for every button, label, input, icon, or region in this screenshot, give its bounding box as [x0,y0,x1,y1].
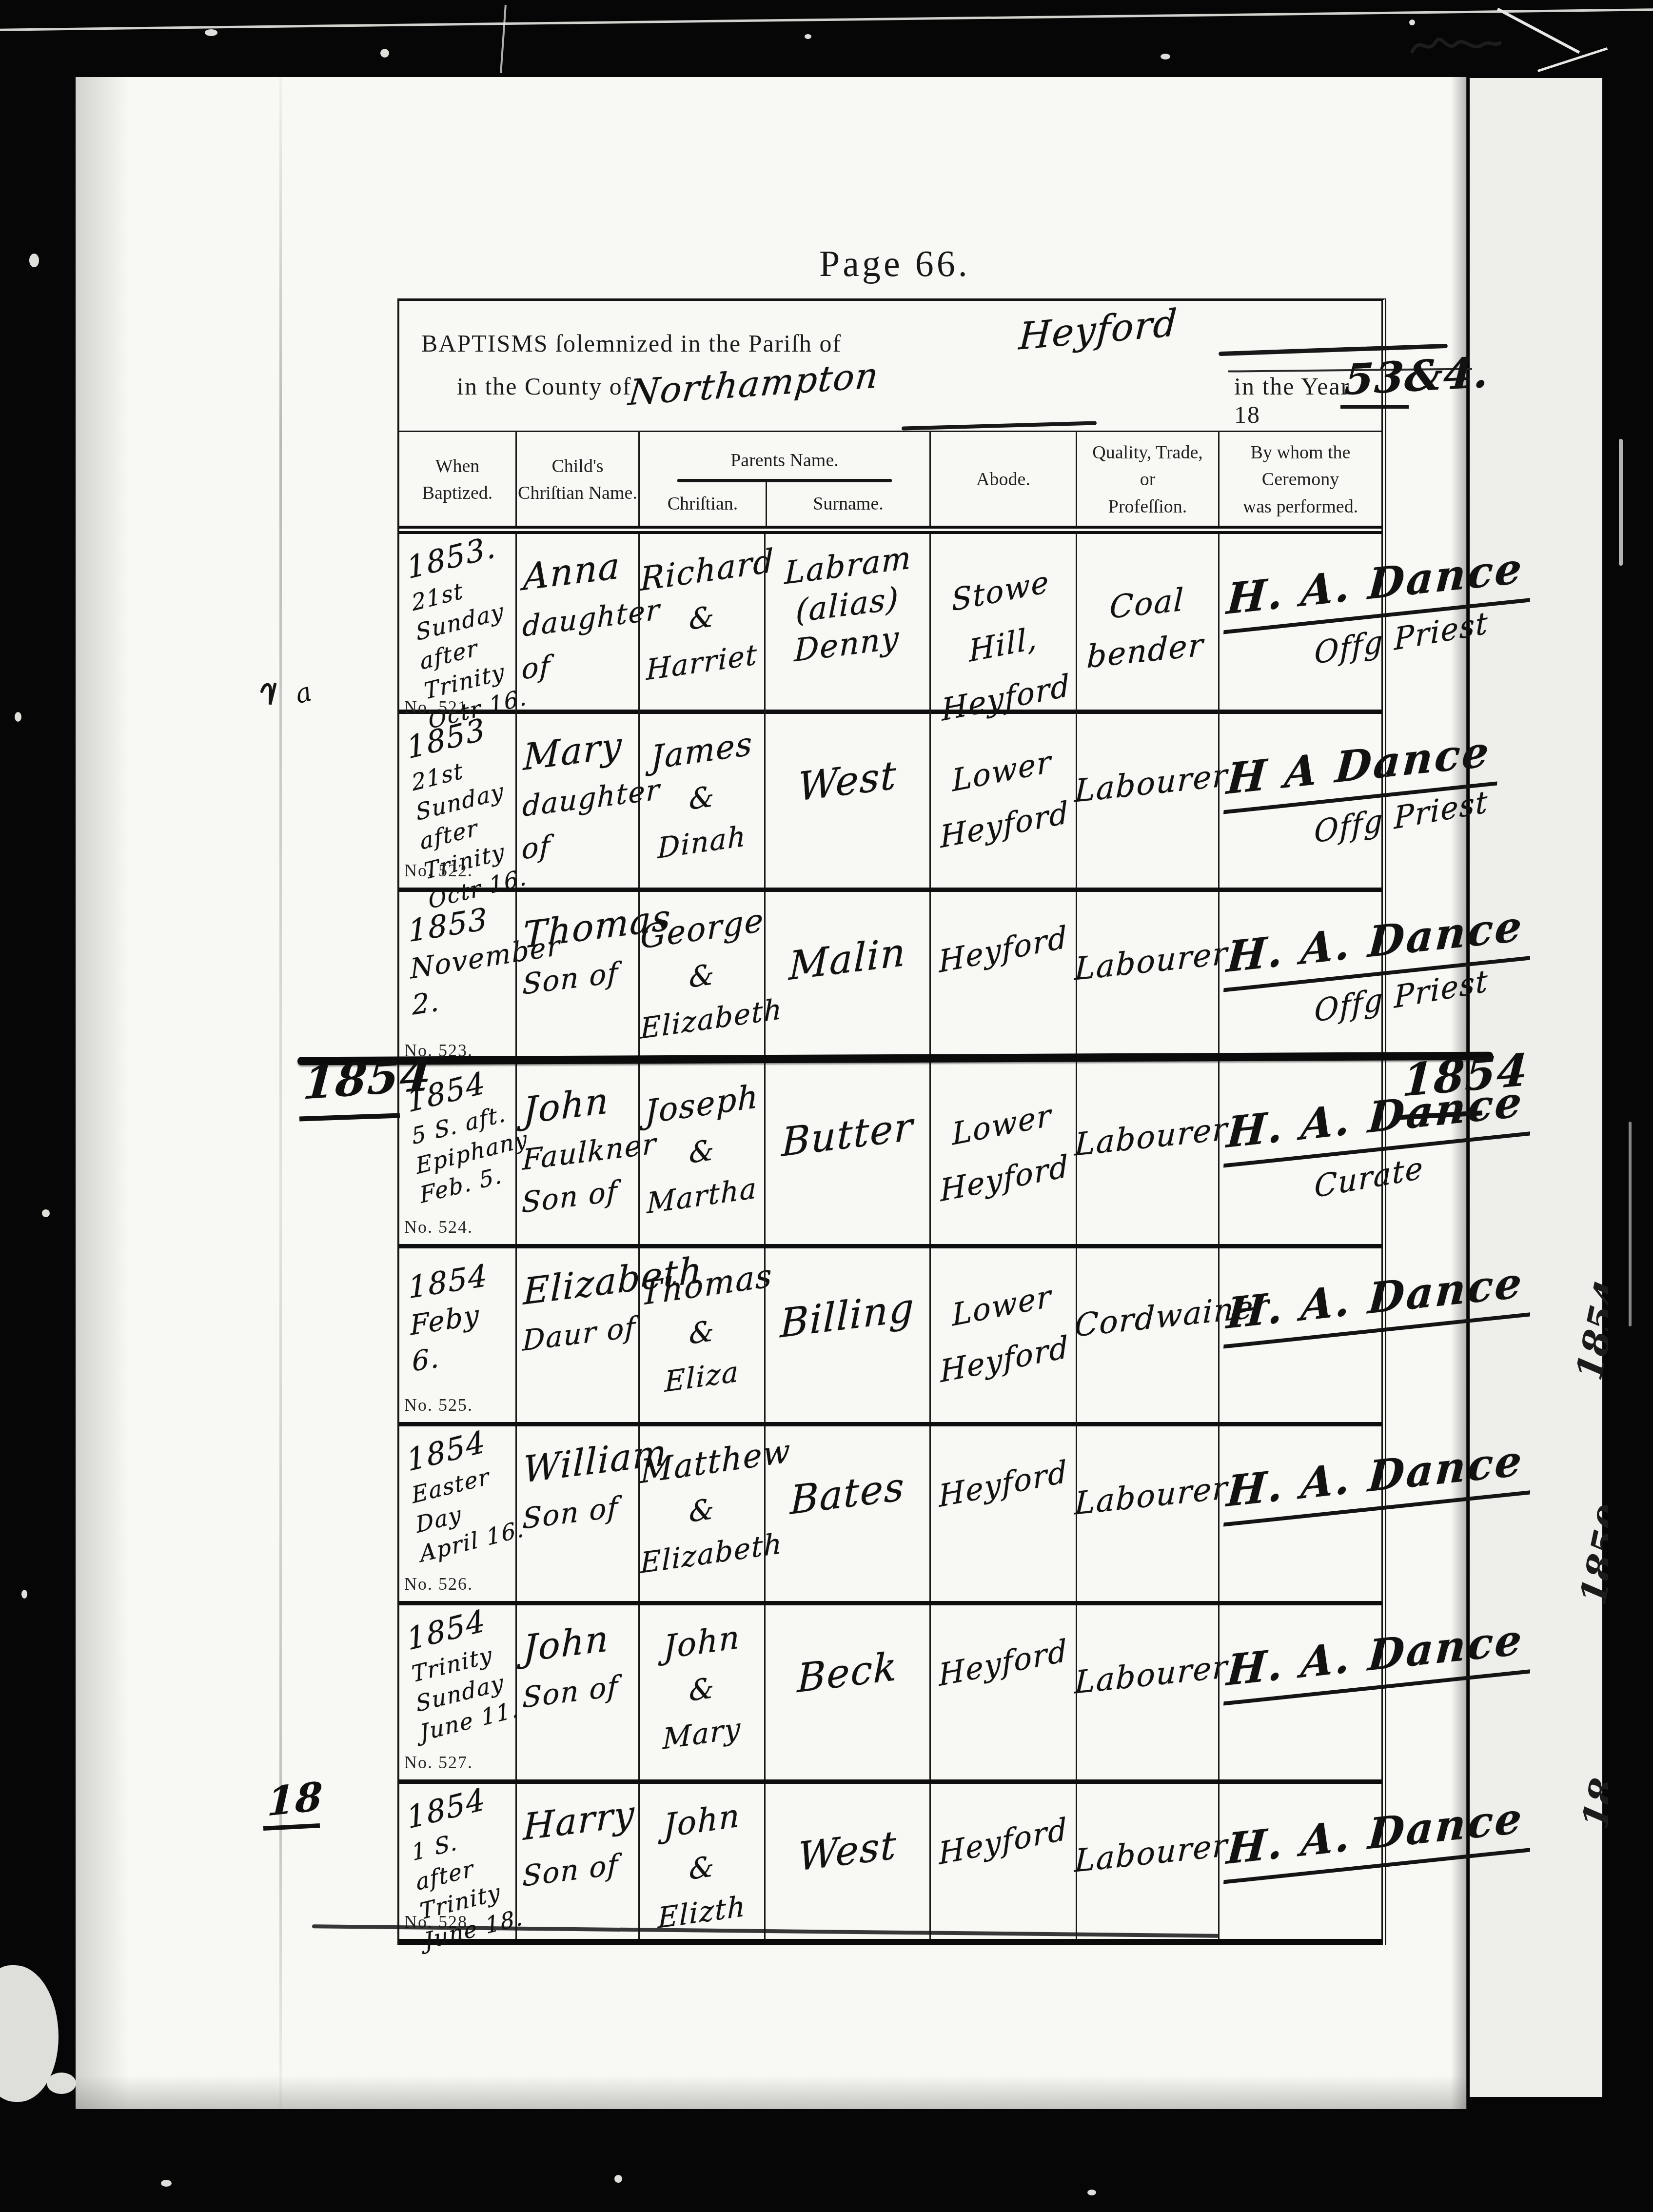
film-speck [47,2073,76,2094]
cell-minister: H. A. Dance [1218,1248,1381,1422]
cell-abode: Heyford [929,1605,1076,1779]
register-row: 1854 Feby 6. No. 525. Elizabeth Daur of … [399,1248,1381,1426]
film-speck [205,29,217,36]
film-scribble-icon [1409,30,1502,67]
film-scratch [500,5,507,73]
cell-surname: Bates [764,1426,929,1601]
cell-minister: H. A. Dance Offg Priest [1218,892,1381,1067]
parents-christian-value: Matthew & Elizabeth [640,1430,764,1586]
quality-value: Coal bender [1073,573,1219,683]
parish-name-handwritten: Heyford [1018,300,1179,358]
child-name-value: John Son of [522,1608,638,1719]
quality-value: Labourer [1074,1644,1219,1707]
film-scratch [0,8,1653,31]
entry-number: No. 522. [404,860,473,881]
cell-when-baptized: 1854 Trinity Sunday June 11. No. 527. [399,1605,515,1779]
when-baptized-value: 1854 Easter Day April 16. [404,1414,530,1569]
parents-christian-value: John & Elizth [640,1787,764,1943]
cell-minister: H. A. Dance [1218,1784,1381,1939]
abode-value: Heyford [931,1622,1076,1703]
abode-value: Lower Heyford [929,1265,1077,1400]
cell-parents-christian: Joseph & Martha [638,1067,764,1244]
cell-abode: Heyford [929,892,1076,1067]
col-parents-group-label: Parents Name. [640,432,929,474]
film-speck [21,1590,27,1599]
cell-when-baptized: 1853 21st Sunday after Trinity Octr 16. … [399,714,515,888]
parents-christian-value: Joseph & Martha [640,1071,764,1227]
register-row: 1853. 21st Sunday after Trinity Octr 16.… [399,534,1381,714]
film-speck [29,254,39,267]
microfilm-scan: Page 66. a BAPTISMS ſolemnized in the Pa… [0,0,1653,2212]
register-row: 1853 November 2. No. 523. Thomas Son of … [399,892,1381,1067]
ink-underline [1340,405,1409,409]
abode-value: Heyford [931,909,1076,990]
clipped-writing-fragment: 18 [1574,1775,1608,1833]
cell-child-name: Thomas Son of [515,892,638,1067]
cell-surname: Malin [764,892,929,1067]
register-row: 1854 1 S. after Trinity June 18. No. 528… [399,1784,1381,1945]
cell-parents-christian: John & Mary [638,1605,764,1779]
surname-value: Billing [766,1281,929,1350]
cell-parents-christian: George & Elizabeth [638,892,764,1067]
cell-surname: Butter [764,1067,929,1244]
film-speck [1629,1122,1632,1326]
film-speck [1619,439,1623,566]
cell-abode: Lower Heyford [929,1067,1076,1244]
register-row: 1854 Trinity Sunday June 11. No. 527. Jo… [399,1605,1381,1784]
surname-value: Labram (alias) Denny [765,536,930,674]
cell-abode: Lower Heyford [929,1248,1076,1422]
baptism-register-table: BAPTISMS ſolemnized in the Pariſh of Hey… [397,298,1386,1945]
quality-value: Labourer [1074,1106,1219,1169]
cell-when-baptized: 1854 Feby 6. No. 525. [399,1248,515,1422]
entry-number: No. 526. [404,1574,473,1594]
header-line1: BAPTISMS ſolemnized in the Pariſh of [421,329,842,357]
parents-christian-value: John & Mary [640,1609,764,1765]
cell-minister: H. A. Dance Offg Priest [1218,534,1381,724]
ink-dash [902,421,1097,430]
cell-quality: Coal bender [1076,534,1218,724]
cell-parents-christian: John & Elizth [638,1784,764,1939]
col-parents-christian: Chriſtian. [640,482,766,526]
quality-value: Labourer [1074,753,1219,815]
clipped-writing-fragment: 1850 [1572,1501,1608,1608]
cell-when-baptized: 1854 Easter Day April 16. No. 526. [399,1426,515,1601]
film-speck [15,712,21,722]
margin-year-left: 1854 [302,1047,434,1109]
cell-abode: Heyford [929,1426,1076,1601]
cell-child-name: John Faulkner Son of [515,1067,638,1244]
cell-minister: H. A. Dance [1218,1426,1381,1601]
page-title: Page 66. [819,243,970,285]
cell-quality: Labourer [1076,1426,1218,1601]
surname-value: Malin [766,925,929,994]
cell-child-name: John Son of [515,1605,638,1779]
parents-header-rule [677,479,892,482]
abode-value: Lower Heyford [929,731,1077,866]
cell-quality: Labourer [1076,892,1218,1067]
gutter-clipped-writing: 1854 1850 18 [1559,1229,1608,1873]
cell-when-baptized: 1854 1 S. after Trinity June 18. No. 528… [399,1784,515,1939]
film-speck [805,34,811,39]
cell-abode: Stowe Hill, Heyford [929,534,1076,724]
page-bottom-edge [76,2075,1466,2109]
col-abode: Abode. [929,432,1076,526]
parents-christian-value: George & Elizabeth [640,895,764,1051]
quality-value: Cordwainer [1074,1287,1219,1350]
col-parents-name: Parents Name. Chriſtian. Surname. [638,432,929,526]
cell-when-baptized: 1853. 21st Sunday after Trinity Octr 16.… [399,534,515,724]
cell-abode: Lower Heyford [929,714,1076,888]
film-speck [380,49,389,58]
surname-value: West [766,747,929,816]
cell-quality: Labourer [1076,1605,1218,1779]
parents-christian-value: Thomas & Eliza [640,1252,764,1408]
cell-minister: H. A. Dance [1218,1605,1381,1779]
entry-number: No. 525. [404,1395,473,1415]
cell-abode: Heyford [929,1784,1076,1939]
entry-number: No. 527. [404,1752,473,1773]
col-childs-name: Child's Chriſtian Name. [515,432,638,526]
register-header: BAPTISMS ſolemnized in the Pariſh of Hey… [399,301,1381,431]
col-by-whom: By whom the Ceremony was performed. [1218,432,1381,526]
header-double-rule [399,526,1381,534]
county-name-handwritten: Northampton [627,355,881,414]
film-speck [42,1209,50,1217]
cell-child-name: William Son of [515,1426,638,1601]
abode-value: Heyford [931,1443,1076,1524]
film-speck [1409,20,1415,25]
clipped-writing-fragment: 1854 [1568,1277,1608,1384]
cell-child-name: Harry Son of [515,1784,638,1939]
film-speck [1161,54,1170,59]
cell-surname: West [764,714,929,888]
cell-child-name: Mary daughter of [515,714,638,888]
cell-surname: Beck [764,1605,929,1779]
quality-value: Labourer [1074,1823,1219,1885]
cell-quality: Labourer [1076,1067,1218,1244]
abode-value: Stowe Hill, Heyford [928,551,1079,738]
cell-quality: Labourer [1076,1784,1218,1939]
film-speck [614,2175,622,2183]
cell-quality: Labourer [1076,714,1218,888]
film-speck [161,2180,172,2187]
cell-surname: Billing [764,1248,929,1422]
surname-value: West [766,1817,929,1886]
quality-value: Labourer [1074,931,1219,993]
surname-value: Butter [766,1100,929,1169]
margin-fragment-bottom-left: 18 [267,1773,324,1825]
register-row: 1853 21st Sunday after Trinity Octr 16. … [399,714,1381,892]
cell-child-name: Anna daughter of [515,534,638,724]
register-row: 1854 Easter Day April 16. No. 526. Willi… [399,1426,1381,1605]
cell-parents-christian: James & Dinah [638,714,764,888]
cell-quality: Cordwainer [1076,1248,1218,1422]
surname-value: Beck [766,1638,929,1707]
year-handwritten: 53&4. [1343,348,1491,405]
entry-number: No. 524. [404,1217,473,1237]
child-name-value: Harry Son of [522,1786,638,1898]
film-scratch [1497,8,1580,54]
film-speck [1087,2190,1096,2195]
col-when-baptized: When Baptized. [399,432,515,526]
cell-minister: H. A. Dance Curate [1218,1067,1381,1244]
when-baptized-value: 1854 Feby 6. [407,1255,493,1381]
cell-child-name: Elizabeth Daur of [515,1248,638,1422]
register-row: 1854 5 S. aft. Epiphany Feb. 5. No. 524.… [399,1067,1381,1248]
cell-parents-christian: Richard & Harriet [638,534,764,724]
column-header-row: When Baptized. Child's Chriſtian Name. P… [399,431,1381,526]
quality-value: Labourer [1074,1465,1219,1528]
parents-christian-value: Richard & Harriet [640,537,764,693]
header-line2-county-label: in the County of [457,372,631,400]
cell-minister: H A Dance Offg Priest [1218,714,1381,888]
film-scratch [1537,47,1608,72]
parents-christian-value: James & Dinah [640,717,764,873]
abode-value: Lower Heyford [929,1085,1077,1219]
col-quality-trade: Quality, Trade, or Profeſſion. [1076,432,1218,526]
col-parents-surname: Surname. [766,482,929,526]
cell-surname: West [764,1784,929,1939]
cell-parents-christian: Matthew & Elizabeth [638,1426,764,1601]
cell-parents-christian: Thomas & Eliza [638,1248,764,1422]
page-gutter-shadow [76,77,129,2109]
abode-value: Heyford [931,1801,1076,1882]
surname-value: Bates [766,1459,929,1528]
cell-when-baptized: 1853 November 2. No. 523. [399,892,515,1067]
cell-surname: Labram (alias) Denny [764,534,929,724]
